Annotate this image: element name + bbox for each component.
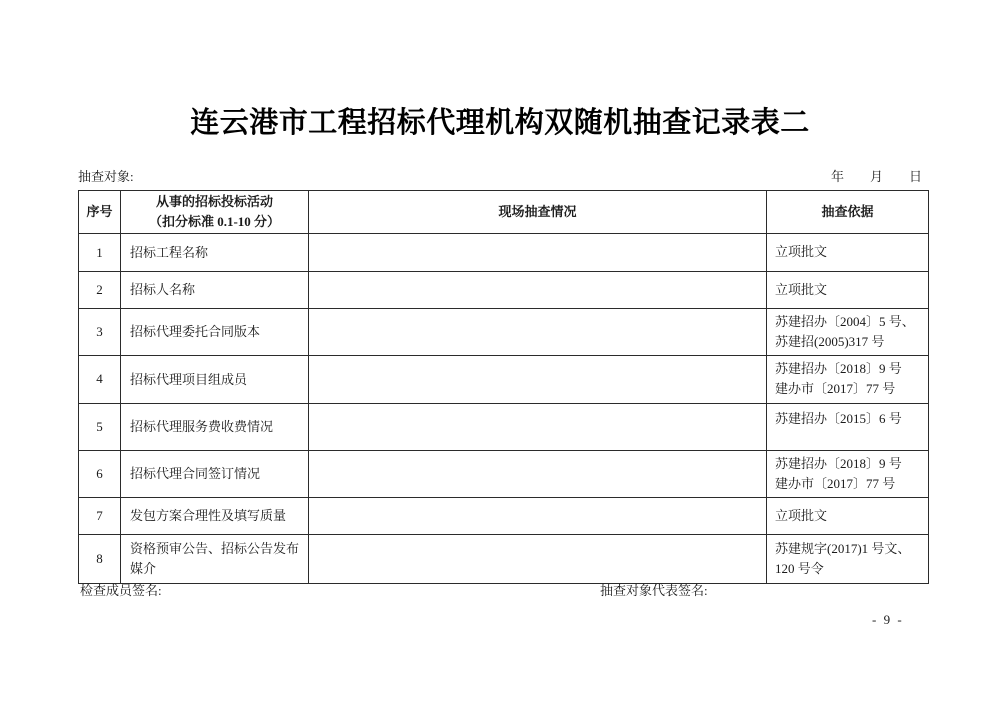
row-number: 6 xyxy=(79,450,121,497)
table-row: 3 招标代理委托合同版本 苏建招办〔2004〕5 号、 苏建招(2005)317… xyxy=(79,309,929,356)
inspection-record-table: 序号 从事的招标投标活动 （扣分标准 0.1-10 分） 现场抽查情况 抽查依据… xyxy=(78,190,929,584)
page-number: - 9 - xyxy=(872,612,904,628)
meta-row: 抽查对象: 年 月 日 xyxy=(78,166,928,185)
document-page: 连云港市工程招标代理机构双随机抽查记录表二 抽查对象: 年 月 日 序号 从事的… xyxy=(0,0,1000,707)
row-number: 1 xyxy=(79,234,121,272)
row-basis: 立项批文 xyxy=(767,234,929,272)
target-representative-signature-label: 抽查对象代表签名: xyxy=(600,580,708,599)
row-activity: 招标代理项目组成员 xyxy=(121,356,309,403)
row-activity: 招标代理合同签订情况 xyxy=(121,450,309,497)
row-situation xyxy=(309,403,767,450)
page-title: 连云港市工程招标代理机构双随机抽查记录表二 xyxy=(0,100,1000,141)
inspection-target-label: 抽查对象: xyxy=(78,166,134,185)
inspector-signature-label: 检查成员签名: xyxy=(80,580,162,599)
header-situation: 现场抽查情况 xyxy=(309,191,767,234)
header-no: 序号 xyxy=(79,191,121,234)
table-row: 5 招标代理服务费收费情况 苏建招办〔2015〕6 号 xyxy=(79,403,929,450)
row-number: 3 xyxy=(79,309,121,356)
row-basis: 苏建规字(2017)1 号文、 120 号令 xyxy=(767,534,929,583)
row-situation xyxy=(309,497,767,534)
header-activity: 从事的招标投标活动 （扣分标准 0.1-10 分） xyxy=(121,191,309,234)
table-row: 2 招标人名称 立项批文 xyxy=(79,272,929,309)
row-number: 8 xyxy=(79,534,121,583)
table-header-row: 序号 从事的招标投标活动 （扣分标准 0.1-10 分） 现场抽查情况 抽查依据 xyxy=(79,191,929,234)
row-situation xyxy=(309,234,767,272)
row-number: 5 xyxy=(79,403,121,450)
row-basis: 苏建招办〔2004〕5 号、 苏建招(2005)317 号 xyxy=(767,309,929,356)
header-basis: 抽查依据 xyxy=(767,191,929,234)
row-situation xyxy=(309,272,767,309)
row-number: 2 xyxy=(79,272,121,309)
row-basis: 苏建招办〔2015〕6 号 xyxy=(767,403,929,450)
row-basis: 苏建招办〔2018〕9 号 建办市〔2017〕77 号 xyxy=(767,450,929,497)
row-number: 7 xyxy=(79,497,121,534)
row-situation xyxy=(309,450,767,497)
table-row: 7 发包方案合理性及填写质量 立项批文 xyxy=(79,497,929,534)
row-activity: 发包方案合理性及填写质量 xyxy=(121,497,309,534)
row-number: 4 xyxy=(79,356,121,403)
row-activity: 招标人名称 xyxy=(121,272,309,309)
row-basis: 苏建招办〔2018〕9 号 建办市〔2017〕77 号 xyxy=(767,356,929,403)
row-situation xyxy=(309,309,767,356)
row-situation xyxy=(309,356,767,403)
date-label: 年 月 日 xyxy=(831,166,922,185)
table-row: 4 招标代理项目组成员 苏建招办〔2018〕9 号 建办市〔2017〕77 号 xyxy=(79,356,929,403)
table-row: 1 招标工程名称 立项批文 xyxy=(79,234,929,272)
row-activity: 招标代理服务费收费情况 xyxy=(121,403,309,450)
row-activity: 招标代理委托合同版本 xyxy=(121,309,309,356)
row-basis: 立项批文 xyxy=(767,272,929,309)
table-row: 6 招标代理合同签订情况 苏建招办〔2018〕9 号 建办市〔2017〕77 号 xyxy=(79,450,929,497)
row-activity: 招标工程名称 xyxy=(121,234,309,272)
row-situation xyxy=(309,534,767,583)
table-row: 8 资格预审公告、招标公告发布媒介 苏建规字(2017)1 号文、 120 号令 xyxy=(79,534,929,583)
row-activity: 资格预审公告、招标公告发布媒介 xyxy=(121,534,309,583)
row-basis: 立项批文 xyxy=(767,497,929,534)
